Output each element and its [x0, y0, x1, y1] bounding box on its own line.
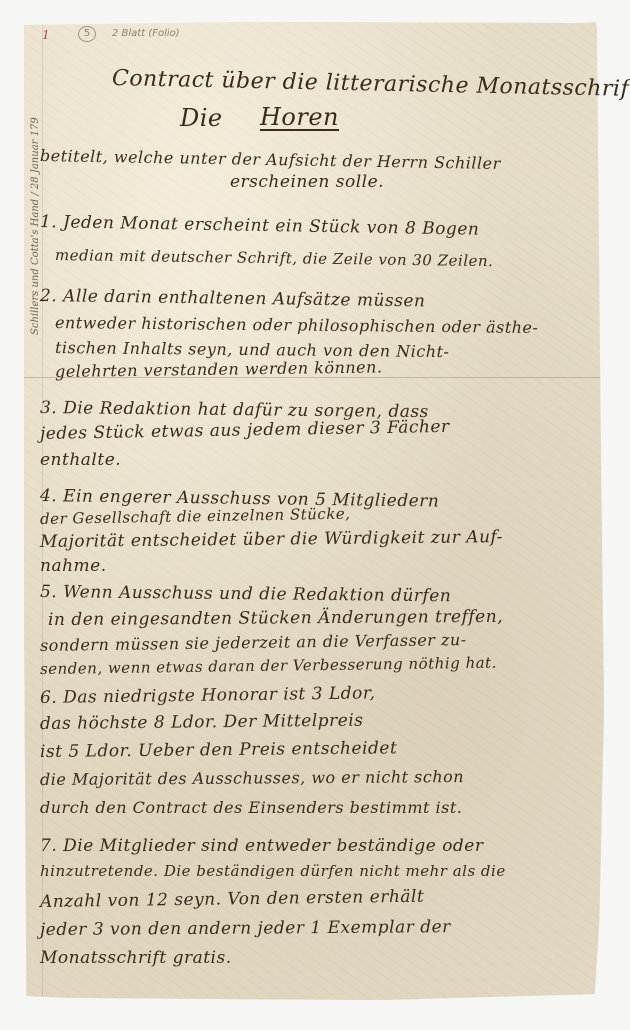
circled-number: 5 [78, 26, 96, 42]
clause-7-line-2: hinzutretende. Die beständigen dürfen ni… [40, 862, 506, 880]
clause-4-line-4: nahme. [40, 556, 107, 576]
clause-6-line-3: ist 5 Ldor. Ueber den Preis entscheidet [40, 738, 397, 762]
subtitle-line-2: erscheinen solle. [230, 172, 384, 192]
pencil-note: 2 Blatt (Folio) [112, 28, 180, 39]
subtitle-prefix: Die [180, 104, 223, 132]
red-archival-mark: 1 [42, 28, 50, 42]
clause-3-line-3: enthalte. [40, 450, 121, 470]
clause-6-line-4: die Majorität des Ausschusses, wo er nic… [40, 767, 464, 789]
clause-6-line-2: das höchste 8 Ldor. Der Mittelpreis [40, 711, 364, 734]
clause-7-line-4: jeder 3 von den andern jeder 1 Exemplar … [40, 917, 451, 940]
clause-7-line-5: Monatsschrift gratis. [40, 948, 232, 968]
clause-6-line-5: durch den Contract des Einsenders bestim… [40, 798, 462, 817]
clause-5-line-2: in den eingesandten Stücken Änderungen t… [48, 607, 503, 630]
clause-7-line-1: 7. Die Mitglieder sind entweder beständi… [40, 836, 484, 856]
journal-name-horen: Horen [260, 103, 339, 131]
